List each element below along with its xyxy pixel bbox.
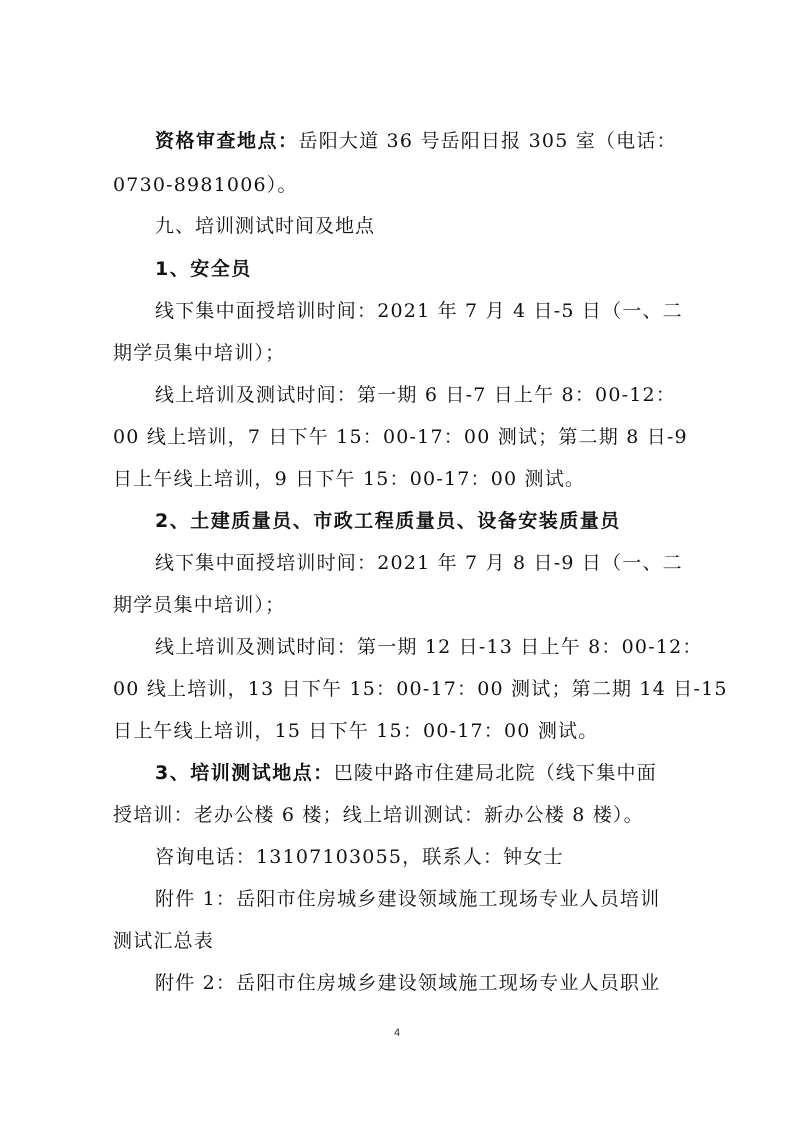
item3-text-line2: 授培训：老办公楼 6 楼；线上培训测试：新办公楼 8 楼）。: [113, 802, 683, 828]
qualification-review-line: 资格审查地点：岳阳大道 36 号岳阳日报 305 室（电话：: [155, 128, 685, 154]
item3-line: 3、培训测试地点：巴陵中路市住建局北院（线下集中面: [155, 760, 685, 786]
item1-online-line2: 00 线上培训，7 日下午 15：00-17：00 测试；第二期 8 日-9: [113, 424, 683, 450]
item2-online-line2: 00 线上培训，13 日下午 15：00-17：00 测试；第二期 14 日-1…: [113, 676, 683, 702]
item1-online-line3: 日上午线上培训，9 日下午 15：00-17：00 测试。: [113, 466, 683, 492]
contact-line: 咨询电话：13107103055，联系人：钟女士: [155, 844, 685, 870]
qualification-review-text: 岳阳大道 36 号岳阳日报 305 室（电话：: [299, 130, 677, 152]
page-number: 4: [390, 1027, 404, 1039]
item3-text: 巴陵中路市住建局北院（线下集中面: [334, 762, 657, 784]
qualification-review-phone: 0730-8981006）。: [113, 172, 683, 198]
item2-online-line3: 日上午线上培训，15 日下午 15：00-17：00 测试。: [113, 718, 683, 744]
item1-offline-line1: 线下集中面授培训时间：2021 年 7 月 4 日-5 日（一、二: [155, 298, 685, 324]
attachment1-line2: 测试汇总表: [113, 928, 683, 954]
qualification-review-label: 资格审查地点：: [155, 130, 299, 152]
item2-online-line1: 线上培训及测试时间：第一期 12 日-13 日上午 8：00-12：: [155, 634, 685, 660]
document-page: 资格审查地点：岳阳大道 36 号岳阳日报 305 室（电话： 0730-8981…: [0, 0, 793, 1122]
attachment2-line1: 附件 2：岳阳市住房城乡建设领域施工现场专业人员职业: [155, 970, 685, 996]
item2-offline-line2: 期学员集中培训）；: [113, 592, 683, 618]
item1-online-line1: 线上培训及测试时间：第一期 6 日-7 日上午 8：00-12：: [155, 382, 685, 408]
item3-label: 3、培训测试地点：: [155, 762, 334, 784]
section-nine-title: 九、培训测试时间及地点: [155, 213, 685, 239]
item2-title: 2、土建质量员、市政工程质量员、设备安装质量员: [155, 508, 685, 534]
item2-offline-line1: 线下集中面授培训时间：2021 年 7 月 8 日-9 日（一、二: [155, 550, 685, 576]
item1-offline-line2: 期学员集中培训）；: [113, 340, 683, 366]
item1-title: 1、安全员: [155, 256, 685, 282]
attachment1-line1: 附件 1：岳阳市住房城乡建设领域施工现场专业人员培训: [155, 886, 685, 912]
